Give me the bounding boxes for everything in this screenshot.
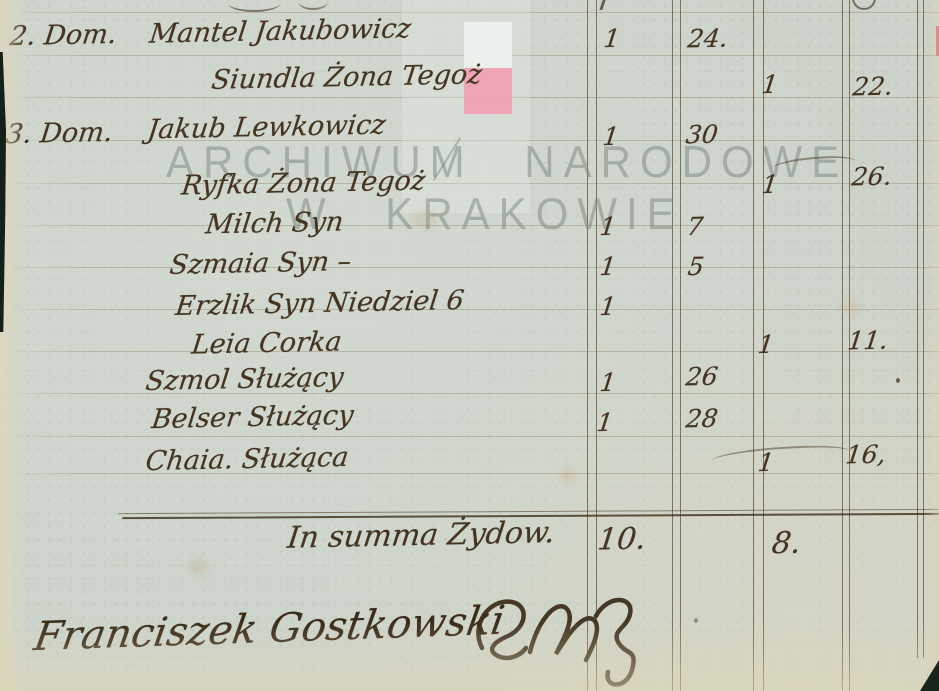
- female-count-cell: 1: [760, 70, 779, 99]
- paper-stain: [188, 560, 208, 574]
- paper-stain: [560, 470, 576, 482]
- document-scan: ARCHIWUM NARODOWE W KRAKOWIE 2. Dom. Man…: [0, 0, 939, 691]
- column-rule: [680, 0, 681, 691]
- cutoff-stroke: [298, 0, 328, 10]
- entry-name: Belser Służący: [150, 400, 355, 435]
- entry-name: Szmaia Syn –: [168, 246, 353, 281]
- female-age-cell: 26.: [850, 162, 893, 192]
- female-age-cell: 16,: [844, 440, 887, 470]
- male-count-cell: 1: [595, 408, 614, 437]
- summary-female-total: 8.: [770, 526, 803, 562]
- row-rule: [0, 351, 939, 352]
- column-rule: [842, 0, 843, 691]
- male-age-cell: 30: [684, 120, 719, 150]
- row-rule: [0, 309, 939, 310]
- entry-name: Jakub Lewkowicz: [146, 110, 388, 146]
- cutoff-stroke: [599, 0, 605, 10]
- entry-name: Erzlik Syn Niedziel 6: [174, 285, 466, 322]
- female-age-cell: 11.: [846, 326, 889, 356]
- entry-name: Siundla Żona Tegoż: [210, 59, 484, 96]
- cutoff-stroke: [852, 0, 876, 10]
- row-rule: [0, 267, 939, 268]
- male-age-cell: 28: [684, 404, 719, 434]
- cutoff-stroke: [228, 0, 280, 12]
- paper-edge-tint: [0, 621, 939, 691]
- summary-label: In summa Żydow.: [286, 515, 557, 556]
- column-rule: [917, 0, 918, 658]
- entry-name: Ryfka Żona Tegoż: [180, 165, 427, 201]
- column-rule: [672, 0, 673, 691]
- row-rule: [0, 393, 939, 394]
- male-count-cell: 1: [598, 292, 617, 321]
- male-age-cell: 7: [685, 212, 704, 241]
- column-rule: [753, 0, 754, 691]
- entry-name: Chaia. Służąca: [144, 442, 350, 477]
- row-rule: [0, 436, 939, 437]
- entry-name: Milch Syn: [204, 207, 345, 241]
- paper-edge-tint: [923, 0, 939, 691]
- paper-stain: [840, 300, 862, 315]
- pen-swash: [712, 442, 851, 470]
- male-age-cell: 26: [684, 362, 719, 392]
- female-age-cell: 22.: [851, 72, 894, 102]
- male-age-cell: 5: [686, 252, 705, 281]
- paper-stain: [412, 210, 438, 228]
- male-count-cell: 1: [598, 252, 617, 281]
- ink-mark: [896, 378, 900, 383]
- summary-male-total: 10.: [596, 522, 648, 558]
- male-age-cell: 24.: [686, 24, 729, 54]
- male-count-cell: 1: [602, 24, 621, 53]
- entry-name: Szmol Służący: [144, 362, 345, 397]
- row-rule: [0, 473, 939, 474]
- female-count-cell: 1: [756, 330, 775, 359]
- entry-name: Leia Corka: [190, 326, 344, 360]
- entry-name: Mantel Jakubowicz: [148, 13, 413, 49]
